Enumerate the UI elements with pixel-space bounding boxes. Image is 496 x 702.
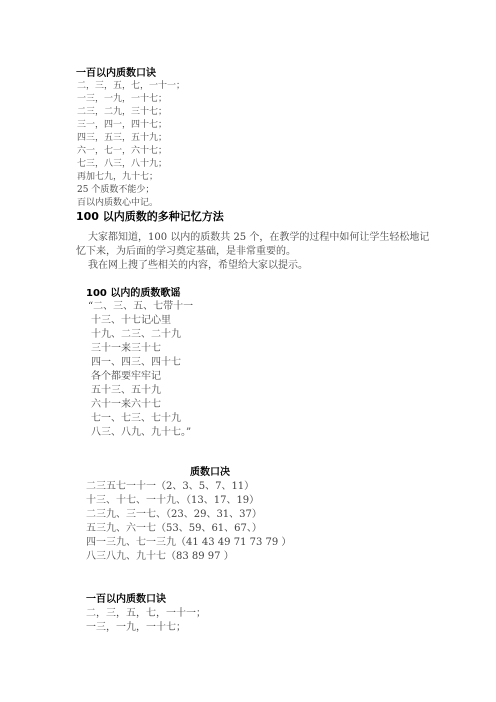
intro-paragraph-line2: 忆下来，为后面的学习奠定基础，是非常重要的。 [76,242,296,257]
section1-line: 二，三，五，七，一十一； [77,78,185,91]
mnemonic-line: 二三九、三一七、（23、29、31、37） [86,505,262,520]
section1-title: 一百以内质数口诀 [76,64,156,79]
intro-paragraph2: 我在网上搜了些相关的内容，希望给大家以提示。 [88,256,308,271]
mnemonic-line: 十三、十七、一十九、（13、17、19） [86,491,259,506]
rhyme-line: 各个都要牢牢记 [91,367,161,382]
mnemonic-line: 五三九、六一七（53、59、61、67、） [86,519,262,534]
section5-line: 一三，一九，一十七； [86,618,186,633]
section1-line: 七三，八三，八十九； [77,156,167,169]
section4-title: 质数口决 [190,463,230,478]
section1-line: 百以内质数心中记。 [77,195,158,208]
rhyme-line: 八三、八九、九十七。” [91,423,191,438]
section1-line: 再加七九，九十七； [77,169,158,182]
rhyme-line: “二、三、五、七带十一 [88,297,193,312]
section1-line: 二三，二九，三十七； [77,104,167,117]
rhyme-line: 六十一来六十七 [91,395,161,410]
section1-line: 一三，一九，一十七； [77,91,167,104]
section1-line: 六一，七一，六十七； [77,143,167,156]
section1-line: 三一，四一，四十七； [77,117,167,130]
mnemonic-line: 二三五七一十一（2、3、5、7、11） [86,477,254,492]
rhyme-line: 三十一来三十七 [91,339,161,354]
section2-title: 100 以内质数的多种记忆方法 [76,208,224,224]
rhyme-line: 十三、十七记心里 [91,311,171,326]
intro-paragraph-line1: 大家都知道，100 以内的质数共 25 个，在教学的过程中如何让学生轻松地记 [88,228,429,243]
mnemonic-line: 八三八九、九十七（83 89 97 ） [86,547,234,562]
rhyme-line: 五十三、五十九 [91,381,161,396]
section5-title: 一百以内质数口诀 [86,590,166,605]
rhyme-line: 十九、二三、二十九 [91,325,181,340]
section1-line: 四三，五三，五十九； [77,130,167,143]
section1-line: 25 个质数不能少； [77,182,154,195]
rhyme-line: 七一、七三、七十九 [91,409,181,424]
rhyme-line: 四一、四三、四十七 [91,353,181,368]
section5-line: 二，三，五，七，一十一； [86,604,206,619]
mnemonic-line: 四一三九、七一三九（41 43 49 71 73 79 ） [86,533,291,548]
